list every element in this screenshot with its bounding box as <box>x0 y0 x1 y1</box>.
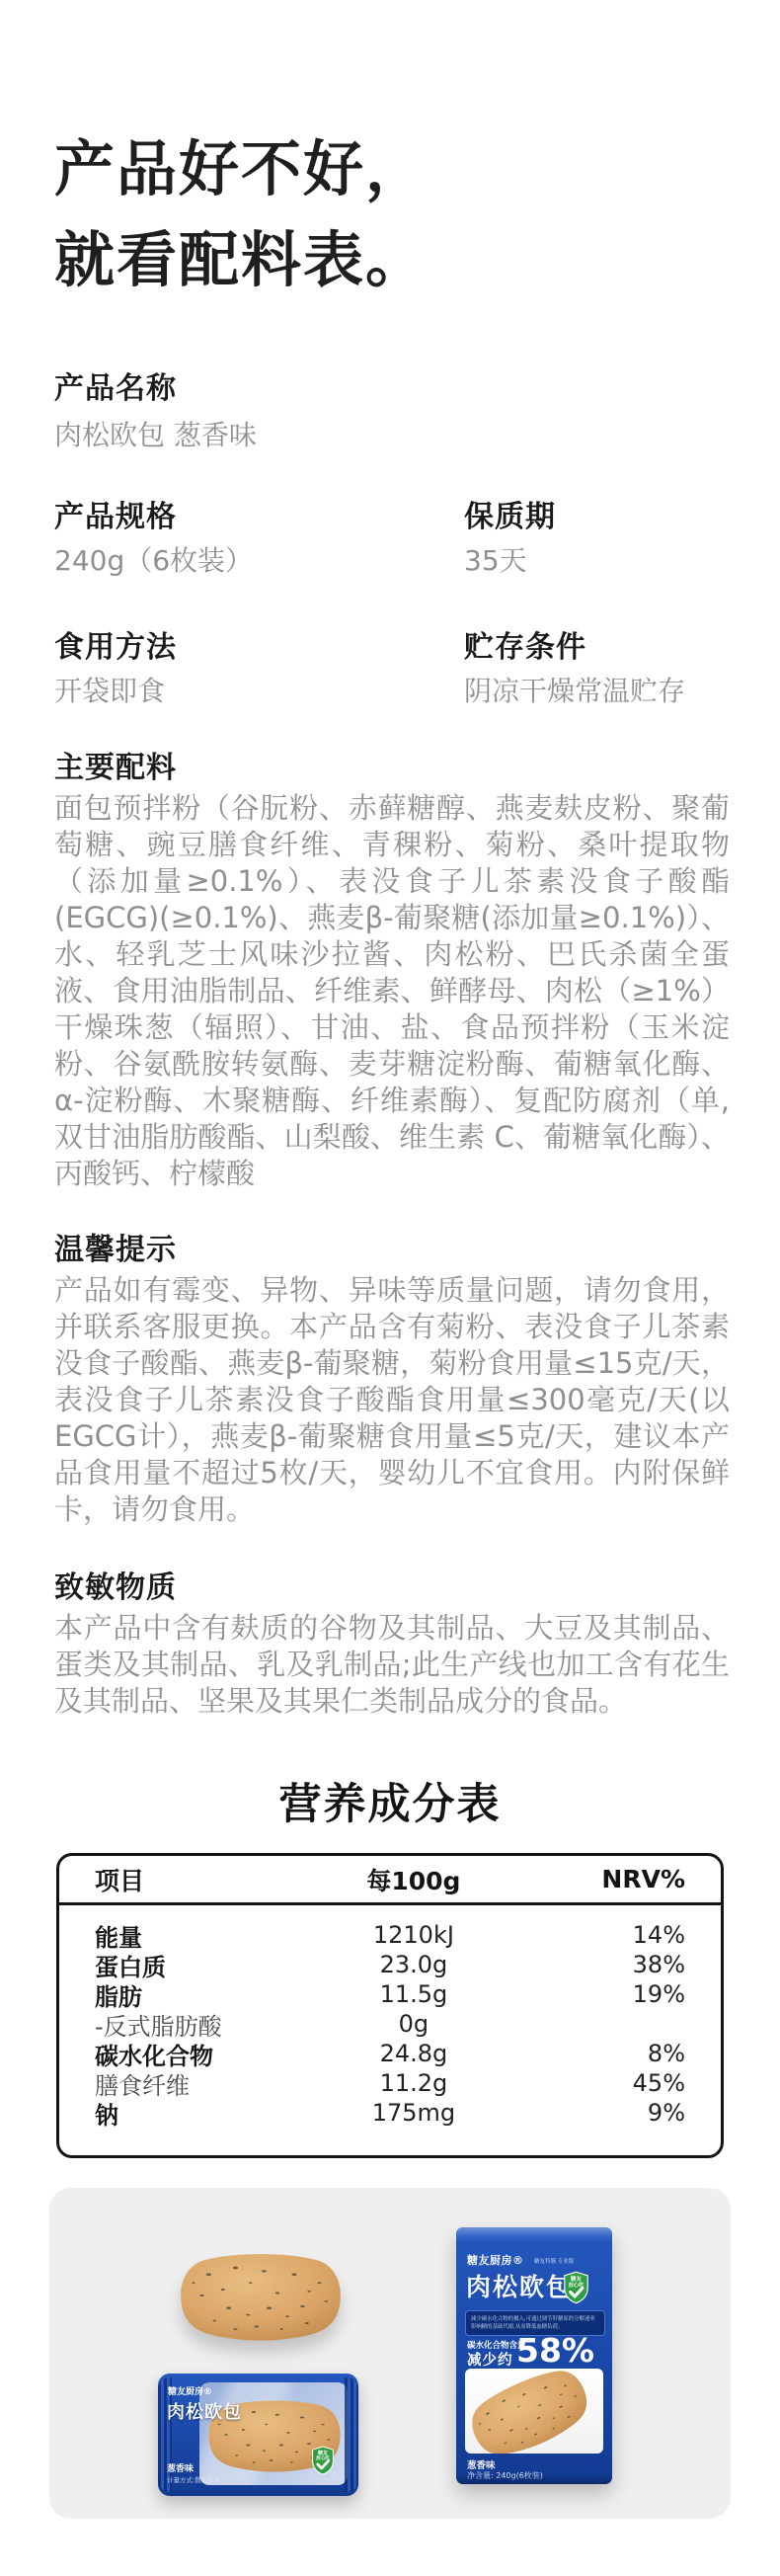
bread-on-pouch <box>465 2369 600 2454</box>
spec-value: 240g（6枚装） <box>54 539 253 579</box>
table-row: 脂肪 11.5g 19% <box>95 1979 685 2009</box>
tips-text: 产品如有霉变、异物、异味等质量问题，请勿食用，并联系客服更换。本产品含有菊粉、表… <box>54 1272 730 1528</box>
big-package-brand-sub: 糖友特膳 专业版 <box>534 2257 574 2265</box>
row-value: 11.2g <box>319 2069 507 2097</box>
allergens-label: 致敏物质 <box>54 1563 177 1606</box>
row-value: 23.0g <box>319 1951 507 1978</box>
nutrition-col-per100g: 每100g <box>319 1862 507 1897</box>
nutrition-table-header: 项目 每100g NRV% <box>59 1856 721 1905</box>
nutrition-col-item: 项目 <box>95 1862 319 1897</box>
product-detail-page: 产品好不好， 就看配料表。 产品名称 肉松欧包 葱香味 产品规格 240g（6枚… <box>0 0 780 2576</box>
storage-label: 贮存条件 <box>464 622 586 666</box>
row-value: 1210kJ <box>319 1921 507 1949</box>
headline-line-2: 就看配料表。 <box>54 215 428 306</box>
row-nrv: 9% <box>508 2099 685 2127</box>
allergens-text: 本产品中含有麸质的谷物及其制品、大豆及其制品、蛋类及其制品、乳及乳制品;此生产线… <box>54 1610 730 1720</box>
row-value: 175mg <box>319 2099 507 2127</box>
small-package-note: 计量方式:散装称重 <box>167 2475 220 2484</box>
nutrition-col-nrv: NRV% <box>508 1865 685 1893</box>
product-name-value: 肉松欧包 葱香味 <box>54 414 257 453</box>
row-nrv: 14% <box>508 1921 685 1949</box>
row-item: 钠 <box>95 2096 319 2131</box>
row-nrv: 38% <box>508 1951 685 1978</box>
row-nrv: 19% <box>508 1980 685 2008</box>
big-package-bread-window <box>465 2369 603 2454</box>
table-row: 能量 1210kJ 14% <box>95 1920 685 1950</box>
small-package-photo: 糖友厨房® 肉松欧包 葱香味 计量方式:散装称重 糖友 放心吃 <box>158 2374 358 2496</box>
big-package-flavor: 葱香味 <box>467 2457 496 2471</box>
nutrition-table: 项目 每100g NRV% 能量 1210kJ 14% 蛋白质 23.0g 38… <box>56 1853 724 2158</box>
big-package-net-weight: 净含量: 240g(6枚装) <box>467 2470 543 2481</box>
carb-claim-prefix: 减少约 <box>467 2349 513 2370</box>
big-package-photo: 糖友厨房® 糖友特膳 专业版 肉松欧包 减少碳水化合物的摄入,可通过调节肝糖原的… <box>456 2227 612 2484</box>
table-row: 蛋白质 23.0g 38% <box>95 1950 685 1979</box>
table-row: 碳水化合物 24.8g 8% <box>95 2039 685 2068</box>
small-package-title: 肉松欧包 <box>167 2398 242 2424</box>
small-package-flavor: 葱香味 <box>167 2461 194 2474</box>
nutrition-table-body: 能量 1210kJ 14% 蛋白质 23.0g 38% 脂肪 11.5g 19%… <box>59 1905 721 2128</box>
row-value: 0g <box>319 2010 507 2038</box>
ingredients-text: 面包预拌粉（谷朊粉、赤藓糖醇、燕麦麸皮粉、聚葡萄糖、豌豆膳食纤维、青稞粉、菊粉、… <box>54 790 730 1192</box>
row-value: 24.8g <box>319 2040 507 2067</box>
headline: 产品好不好， 就看配料表。 <box>54 124 428 306</box>
big-package-brand: 糖友厨房® <box>467 2252 524 2268</box>
spec-label: 产品规格 <box>54 492 177 535</box>
trust-shield-icon: 糖友 放心吃 <box>311 2446 335 2475</box>
table-row: 膳食纤维 11.2g 45% <box>95 2068 685 2098</box>
bread-photo <box>177 2248 345 2343</box>
svg-text:糖友: 糖友 <box>317 2450 328 2456</box>
usage-label: 食用方法 <box>54 622 177 666</box>
trust-shield-icon: 糖友 放心吃 <box>563 2271 589 2304</box>
table-row: 钠 175mg 9% <box>95 2098 685 2128</box>
headline-line-1: 产品好不好， <box>54 124 428 215</box>
row-nrv: 8% <box>508 2040 685 2067</box>
shelf-life-label: 保质期 <box>464 492 556 535</box>
big-package-title: 肉松欧包 <box>466 2268 573 2303</box>
table-row: -反式脂肪酸 0g <box>95 2009 685 2039</box>
product-name-label: 产品名称 <box>54 363 177 407</box>
small-package-brand: 糖友厨房® <box>168 2384 212 2397</box>
storage-value: 阴凉干燥常温贮存 <box>464 670 685 709</box>
tips-label: 温馨提示 <box>54 1225 177 1268</box>
row-nrv: 45% <box>508 2069 685 2097</box>
product-photos-panel <box>49 2188 731 2519</box>
usage-value: 开袋即食 <box>54 670 165 709</box>
ingredients-label: 主要配料 <box>54 743 177 786</box>
nutrition-title: 营养成分表 <box>0 1771 780 1831</box>
shelf-life-value: 35天 <box>464 539 527 579</box>
row-value: 11.5g <box>319 1980 507 2008</box>
